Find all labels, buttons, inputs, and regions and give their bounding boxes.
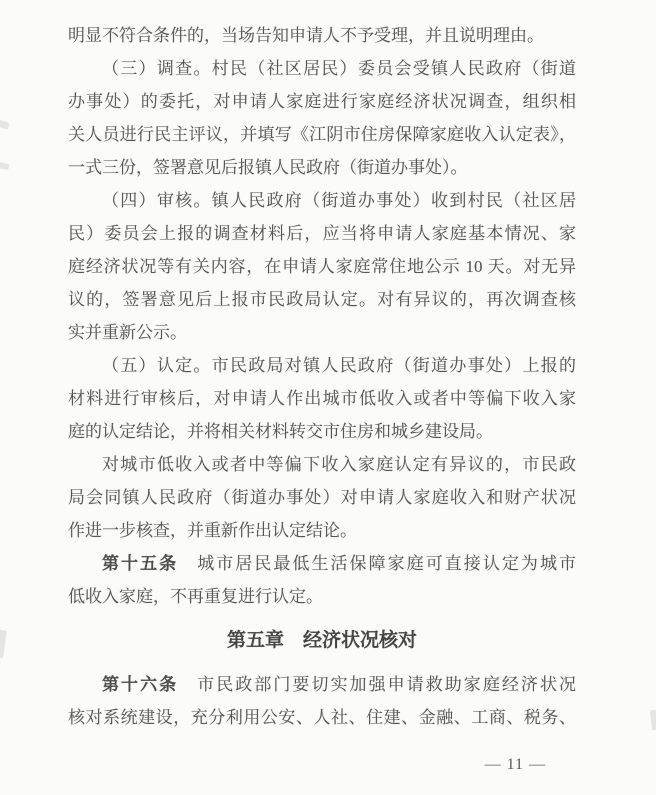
text-line: 核对系统建设，充分利用公安、人社、住建、金融、工商、税务、: [68, 701, 576, 734]
scan-artifact: [0, 162, 10, 170]
text-line: 实并重新公示。: [68, 316, 576, 349]
article-text: 市民政部门要切实加强申请救助家庭经济状况: [178, 675, 576, 694]
chapter-heading: 第五章 经济状况核对: [68, 624, 576, 657]
text-line: 作进一步核查，并重新作出认定结论。: [68, 514, 576, 547]
text-line: （四）审核。镇人民政府（街道办事处）收到村民（社区居: [68, 184, 576, 217]
text-line: 议的，签署意见后上报市民政局认定。对有异议的，再次调查核: [68, 283, 576, 316]
scan-artifact: [0, 119, 10, 129]
text-line: 民）委员会上报的调查材料后，应当将申请人家庭基本情况、家: [68, 217, 576, 250]
text-line: 明显不符合条件的，当场告知申请人不予受理，并且说明理由。: [68, 19, 576, 52]
text-line: 材料进行审核后，对申请人作出城市低收入或者中等偏下收入家: [68, 382, 576, 415]
scan-artifact: [0, 630, 7, 659]
text-line: 关人员进行民主评议，并填写《江阴市住房保障家庭收入认定表》，: [68, 118, 576, 151]
text-line: （三）调查。村民（社区居民）委员会受镇人民政府（街道: [68, 52, 576, 85]
text-line: 一式三份，签署意见后报镇人民政府（街道办事处）。: [68, 151, 576, 184]
text-line: 对城市低收入或者中等偏下收入家庭认定有异议的，市民政: [68, 448, 576, 481]
text-line: 庭经济状况等有关内容，在申请人家庭常住地公示 10 天。对无异: [68, 250, 576, 283]
text-line: 低收入家庭，不再重复进行认定。: [68, 580, 576, 613]
text-line-article-15: 第十五条 城市居民最低生活保障家庭可直接认定为城市: [68, 547, 576, 580]
text-line: （五）认定。市民政局对镇人民政府（街道办事处）上报的: [68, 349, 576, 382]
text-line: 局会同镇人民政府（街道办事处）对申请人家庭收入和财产状况: [68, 481, 576, 514]
text-line-article-16: 第十六条 市民政部门要切实加强申请救助家庭经济状况: [68, 668, 576, 701]
page-number: — 11 —: [68, 748, 576, 781]
article-number-label: 第十六条: [102, 675, 178, 694]
text-line: 庭的认定结论，并将相关材料转交市住房和城乡建设局。: [68, 415, 576, 448]
article-number-label: 第十五条: [102, 554, 178, 573]
text-line: 办事处）的委托，对申请人家庭进行家庭经济状况调查，组织相: [68, 85, 576, 118]
scanned-document-page: 明显不符合条件的，当场告知申请人不予受理，并且说明理由。 （三）调查。村民（社区…: [0, 0, 656, 795]
article-text: 城市居民最低生活保障家庭可直接认定为城市: [178, 554, 576, 573]
scan-artifact: [650, 710, 656, 731]
text-column: 明显不符合条件的，当场告知申请人不予受理，并且说明理由。 （三）调查。村民（社区…: [68, 19, 576, 781]
